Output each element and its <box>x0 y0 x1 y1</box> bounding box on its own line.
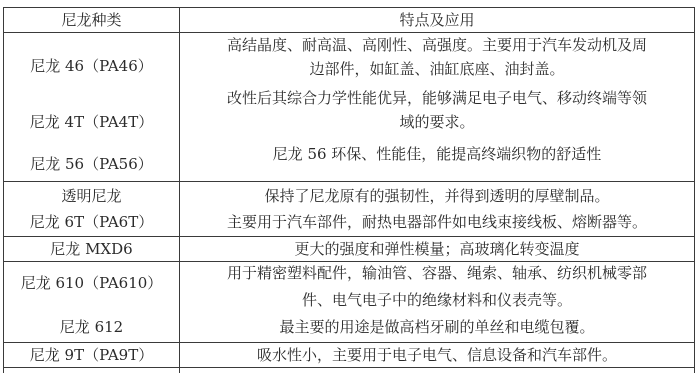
type-cell: 尼龙 610（PA610） 尼龙 612 <box>4 262 180 342</box>
feature-pa9t: 吸水性小，主要用于电子电气、信息设备和汽车部件。 <box>257 346 617 365</box>
type-cell: 尼龙 9T（PA9T） <box>4 343 180 367</box>
header-type: 尼龙种类 <box>4 8 180 32</box>
table-row-mxd6: 尼龙 MXD6 更大的强度和弹性模量；高玻璃化转变温度 <box>4 237 694 262</box>
feature-mxd6: 更大的强度和弹性模量；高玻璃化转变温度 <box>294 240 579 259</box>
header-features: 特点及应用 <box>180 8 694 32</box>
feature-pa46-line1: 高结晶度、耐高温、高刚性、高强度。主要用于汽车发动机及周 <box>180 36 694 55</box>
features-cell: 更大的强度和弹性模量；高玻璃化转变温度 <box>180 237 694 261</box>
feature-pa612: 最主要的用途是做高档牙刷的单丝和电缆包覆。 <box>180 318 694 337</box>
feature-pa610-line2: 件、电气电子中的绝缘材料和仪表壳等。 <box>180 291 694 310</box>
table-row-group-pa610-612: 尼龙 610（PA610） 尼龙 612 用于精密塑料配件，输油管、容器、绳索、… <box>4 262 694 343</box>
feature-pa4t-line1: 改性后其综合力学性能优异，能够满足电子电气、移动终端等领 <box>180 89 694 108</box>
feature-pa46-line2: 边部件，如缸盖、油缸底座、油封盖。 <box>180 60 694 79</box>
type-pa9t: 尼龙 9T（PA9T） <box>30 346 153 365</box>
type-pa56: 尼龙 56（PA56） <box>4 155 179 174</box>
type-pa6t: 尼龙 6T（PA6T） <box>4 213 179 232</box>
feature-pa610-line1: 用于精密塑料配件，输油管、容器、绳索、轴承、纺织机械零部 <box>180 264 694 283</box>
features-cell: 用于精密塑料配件，输油管、容器、绳索、轴承、纺织机械零部 件、电气电子中的绝缘材… <box>180 262 694 342</box>
type-cell: 透明尼龙 尼龙 6T（PA6T） <box>4 182 180 236</box>
type-pa46: 尼龙 46（PA46） <box>4 57 179 76</box>
features-cell: 高结晶度、耐高温、高刚性、高强度。主要用于汽车发动机及周 边部件，如缸盖、油缸底… <box>180 33 694 181</box>
type-pa4t: 尼龙 4T（PA4T） <box>4 113 179 132</box>
table-header-row: 尼龙种类 特点及应用 <box>4 8 694 33</box>
features-cell-empty <box>180 368 694 373</box>
type-cell: 尼龙 MXD6 <box>4 237 180 261</box>
table-row-cutoff <box>4 368 694 373</box>
header-features-label: 特点及应用 <box>399 11 474 30</box>
type-cell: 尼龙 46（PA46） 尼龙 4T（PA4T） 尼龙 56（PA56） <box>4 33 180 181</box>
type-cell-empty <box>4 368 180 373</box>
feature-pa4t-line2: 域的要求。 <box>180 113 694 132</box>
type-pa612: 尼龙 612 <box>4 318 179 337</box>
type-mxd6: 尼龙 MXD6 <box>50 240 132 259</box>
table-row-pa9t: 尼龙 9T（PA9T） 吸水性小，主要用于电子电气、信息设备和汽车部件。 <box>4 343 694 368</box>
features-cell: 吸水性小，主要用于电子电气、信息设备和汽车部件。 <box>180 343 694 367</box>
feature-transparent-nylon: 保持了尼龙原有的强韧性，并得到透明的厚壁制品。 <box>180 187 694 206</box>
type-transparent-nylon: 透明尼龙 <box>4 187 179 206</box>
table-row-group-pa46-pa4t-pa56: 尼龙 46（PA46） 尼龙 4T（PA4T） 尼龙 56（PA56） 高结晶度… <box>4 33 694 182</box>
header-type-label: 尼龙种类 <box>61 11 121 30</box>
table-row-group-transparent-pa6t: 透明尼龙 尼龙 6T（PA6T） 保持了尼龙原有的强韧性，并得到透明的厚壁制品。… <box>4 182 694 237</box>
features-cell: 保持了尼龙原有的强韧性，并得到透明的厚壁制品。 主要用于汽车部件，耐热电器部件如… <box>180 182 694 236</box>
type-pa610: 尼龙 610（PA610） <box>4 274 179 293</box>
feature-pa56: 尼龙 56 环保、性能佳，能提高终端织物的舒适性 <box>180 145 694 164</box>
feature-pa6t: 主要用于汽车部件，耐热电器部件如电线束接线板、熔断器等。 <box>180 213 694 232</box>
nylon-types-table: 尼龙种类 特点及应用 尼龙 46（PA46） 尼龙 4T（PA4T） 尼龙 56… <box>3 7 695 373</box>
